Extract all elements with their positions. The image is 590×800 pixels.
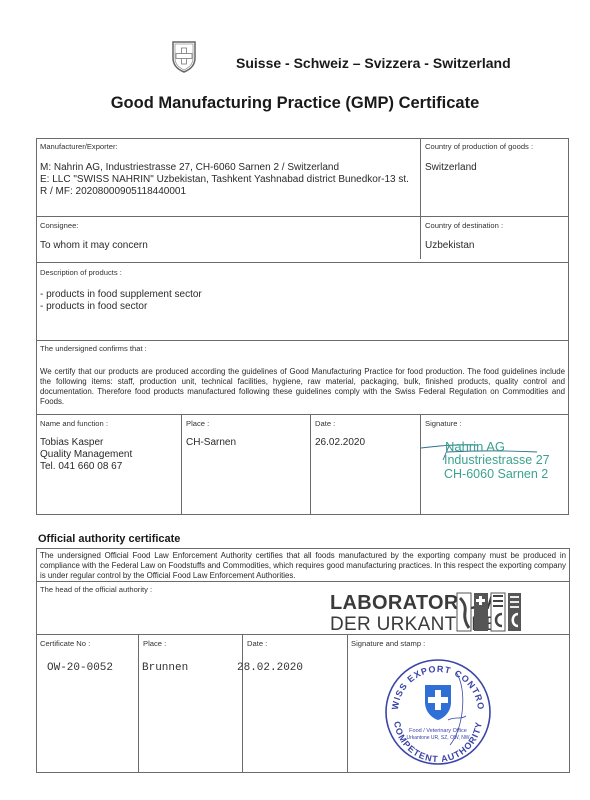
- authority-place-label: Place :: [143, 639, 166, 648]
- divider: [347, 634, 348, 773]
- authority-place-value: Brunnen: [142, 662, 188, 674]
- place-label: Place :: [186, 419, 209, 428]
- products-label: Description of products :: [40, 268, 122, 277]
- page-title: Good Manufacturing Practice (GMP) Certif…: [0, 94, 590, 113]
- product-item: - products in food supplement sector: [40, 289, 202, 301]
- destination-country-label: Country of destination :: [425, 221, 503, 230]
- production-country-label: Country of production of goods :: [425, 142, 533, 151]
- signatory-name: Tobias Kasper: [40, 437, 103, 449]
- signatory-function: Quality Management: [40, 449, 132, 461]
- stamp-address: Industriestrasse 27: [444, 453, 550, 467]
- canton-emblems-icon: [456, 592, 522, 632]
- date-label: Date :: [315, 419, 335, 428]
- divider: [310, 414, 311, 515]
- confirmation-text: We certify that our products are produce…: [40, 367, 565, 407]
- authority-section-title: Official authority certificate: [38, 533, 180, 545]
- divider: [36, 414, 569, 415]
- svg-text:Urkantone UR, SZ, OW, NW: Urkantone UR, SZ, OW, NW: [406, 735, 469, 741]
- divider: [181, 414, 182, 515]
- place-value: CH-Sarnen: [186, 437, 236, 449]
- confirmation-label: The undersigned confirms that :: [40, 344, 147, 353]
- name-function-label: Name and function :: [40, 419, 108, 428]
- consignee-value: To whom it may concern: [40, 240, 148, 252]
- destination-country-value: Uzbekistan: [425, 240, 474, 252]
- authority-head-label: The head of the official authority :: [40, 585, 152, 594]
- divider: [36, 581, 570, 582]
- signature-label: Signature :: [425, 419, 462, 428]
- divider: [36, 262, 569, 263]
- authority-statement: The undersigned Official Food Law Enforc…: [40, 551, 566, 581]
- divider: [138, 634, 139, 773]
- stamp-city: CH-6060 Sarnen 2: [444, 467, 548, 481]
- divider: [420, 138, 421, 259]
- product-item: - products in food sector: [40, 301, 147, 313]
- authority-date-label: Date :: [247, 639, 267, 648]
- date-value: 26.02.2020: [315, 437, 365, 449]
- certificate-no-label: Certificate No :: [40, 639, 90, 648]
- official-stamp-icon: SWISS EXPORT CONTROL COMPETENT AUTHORITY…: [378, 650, 498, 770]
- signature-stamp-label: Signature and stamp :: [351, 639, 425, 648]
- stamp-company-name: Nahrin AG: [445, 440, 505, 454]
- authority-date-value: 28.02.2020: [237, 662, 303, 674]
- manufacturer-line-2: E: LLC "SWISS NAHRIN" Uzbekistan, Tashke…: [40, 174, 409, 186]
- divider: [242, 634, 243, 773]
- manufacturer-line-1: M: Nahrin AG, Industriestrasse 27, CH-60…: [40, 162, 339, 174]
- consignee-label: Consignee:: [40, 221, 78, 230]
- company-stamp: Nahrin AG Industriestrasse 27 CH-6060 Sa…: [417, 440, 567, 490]
- official-stamp: SWISS EXPORT CONTROL COMPETENT AUTHORITY…: [378, 650, 498, 770]
- header-country-line: Suisse - Schweiz – Svizzera - Switzerlan…: [236, 55, 511, 71]
- certificate-no-value: OW-20-0052: [47, 662, 113, 674]
- production-country-value: Switzerland: [425, 162, 477, 174]
- signatory-phone: Tel. 041 660 08 67: [40, 461, 122, 473]
- manufacturer-line-3: R / MF: 20208000905118440001: [40, 186, 186, 198]
- swiss-coat-of-arms-icon: [171, 40, 197, 74]
- divider: [36, 340, 569, 341]
- divider: [36, 216, 569, 217]
- manufacturer-label: Manufacturer/Exporter:: [40, 142, 118, 151]
